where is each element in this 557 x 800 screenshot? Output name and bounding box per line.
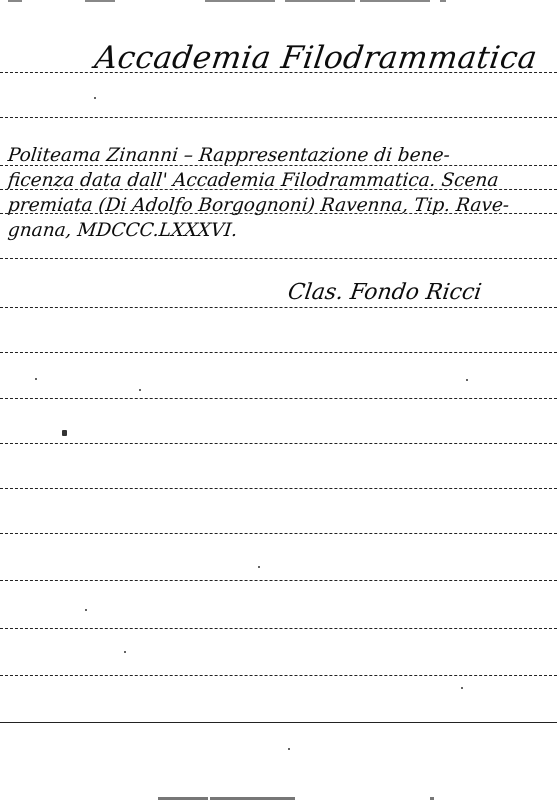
scan-speck <box>94 97 96 99</box>
scan-speck <box>461 687 463 689</box>
ruled-line <box>0 533 557 534</box>
card-body-line: gnana, MDCCC.LXXXVI. <box>7 220 554 241</box>
ruled-line <box>0 307 557 308</box>
scan-edge-top <box>0 0 557 4</box>
scan-speck <box>85 609 87 611</box>
ruled-line <box>0 675 557 676</box>
ruled-line <box>0 72 557 73</box>
ruled-line <box>0 213 557 214</box>
ruled-line <box>0 628 557 629</box>
scan-speck <box>258 566 260 568</box>
ruled-line <box>0 443 557 444</box>
scan-speck <box>124 651 126 653</box>
ruled-line <box>0 117 557 118</box>
card-body-line: Politeama Zinanni – Rappresentazione di … <box>7 145 554 166</box>
ruled-line <box>0 722 557 723</box>
ruled-line <box>0 352 557 353</box>
scan-speck <box>139 389 141 391</box>
ruled-line <box>0 165 557 166</box>
scan-speck <box>288 748 290 750</box>
ruled-line <box>0 258 557 259</box>
card-title: Accademia Filodrammatica <box>92 40 539 76</box>
ruled-line <box>0 580 557 581</box>
scan-speck <box>35 378 37 380</box>
classification-note: Clas. Fondo Ricci <box>286 280 483 305</box>
scan-speck <box>466 379 468 381</box>
ruled-line <box>0 398 557 399</box>
ruled-line <box>0 488 557 489</box>
scan-speck <box>62 430 67 436</box>
card-body-line: ficenza data dall' Accademia Filodrammat… <box>7 170 554 191</box>
ruled-line <box>0 189 557 190</box>
